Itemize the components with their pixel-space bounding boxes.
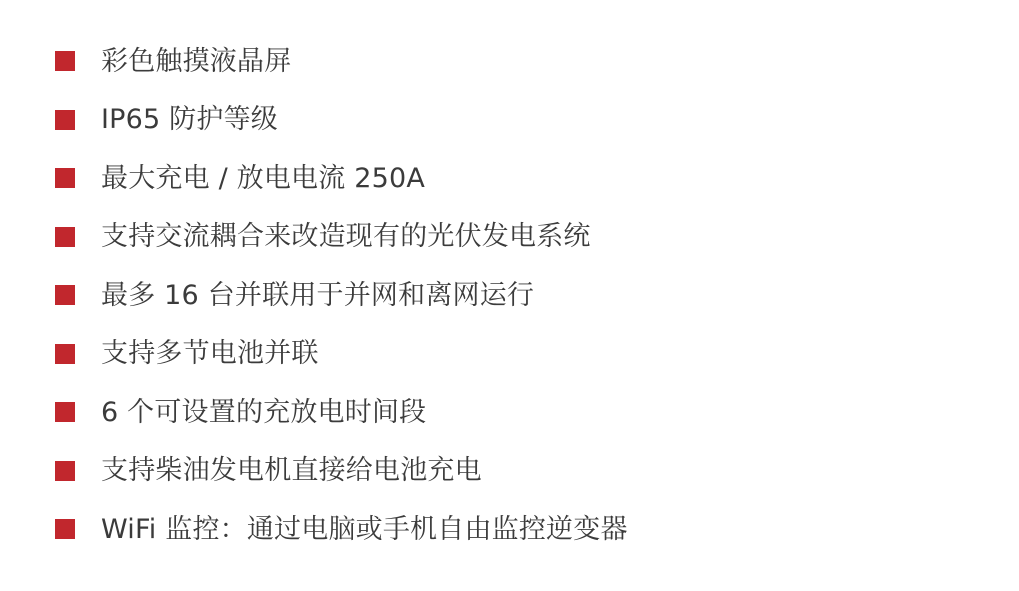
square-bullet-icon	[55, 344, 75, 364]
feature-item-battery-parallel: 支持多节电池并联	[55, 325, 628, 384]
feature-label: 最多 16 台并联用于并网和离网运行	[101, 282, 534, 309]
feature-item-wifi-monitoring: WiFi 监控：通过电脑或手机自由监控逆变器	[55, 500, 628, 559]
feature-item-time-slots: 6 个可设置的充放电时间段	[55, 383, 628, 442]
square-bullet-icon	[55, 285, 75, 305]
feature-item-touch-lcd: 彩色触摸液晶屏	[55, 32, 628, 91]
feature-label: 支持柴油发电机直接给电池充电	[101, 457, 482, 484]
feature-item-diesel-generator: 支持柴油发电机直接给电池充电	[55, 442, 628, 501]
square-bullet-icon	[55, 51, 75, 71]
feature-label: 最大充电 / 放电电流 250A	[101, 165, 425, 192]
square-bullet-icon	[55, 461, 75, 481]
feature-item-max-current: 最大充电 / 放电电流 250A	[55, 149, 628, 208]
square-bullet-icon	[55, 168, 75, 188]
square-bullet-icon	[55, 227, 75, 247]
feature-label: 支持交流耦合来改造现有的光伏发电系统	[101, 223, 591, 250]
feature-item-ip65: IP65 防护等级	[55, 91, 628, 150]
feature-list: 彩色触摸液晶屏 IP65 防护等级 最大充电 / 放电电流 250A 支持交流耦…	[55, 32, 628, 559]
square-bullet-icon	[55, 519, 75, 539]
feature-label: 支持多节电池并联	[101, 340, 319, 367]
feature-label: 彩色触摸液晶屏	[101, 48, 291, 75]
feature-label: 6 个可设置的充放电时间段	[101, 399, 426, 426]
feature-label: IP65 防护等级	[101, 106, 278, 133]
feature-item-parallel-16: 最多 16 台并联用于并网和离网运行	[55, 266, 628, 325]
square-bullet-icon	[55, 110, 75, 130]
feature-label: WiFi 监控：通过电脑或手机自由监控逆变器	[101, 516, 628, 543]
square-bullet-icon	[55, 402, 75, 422]
feature-item-ac-coupling: 支持交流耦合来改造现有的光伏发电系统	[55, 208, 628, 267]
